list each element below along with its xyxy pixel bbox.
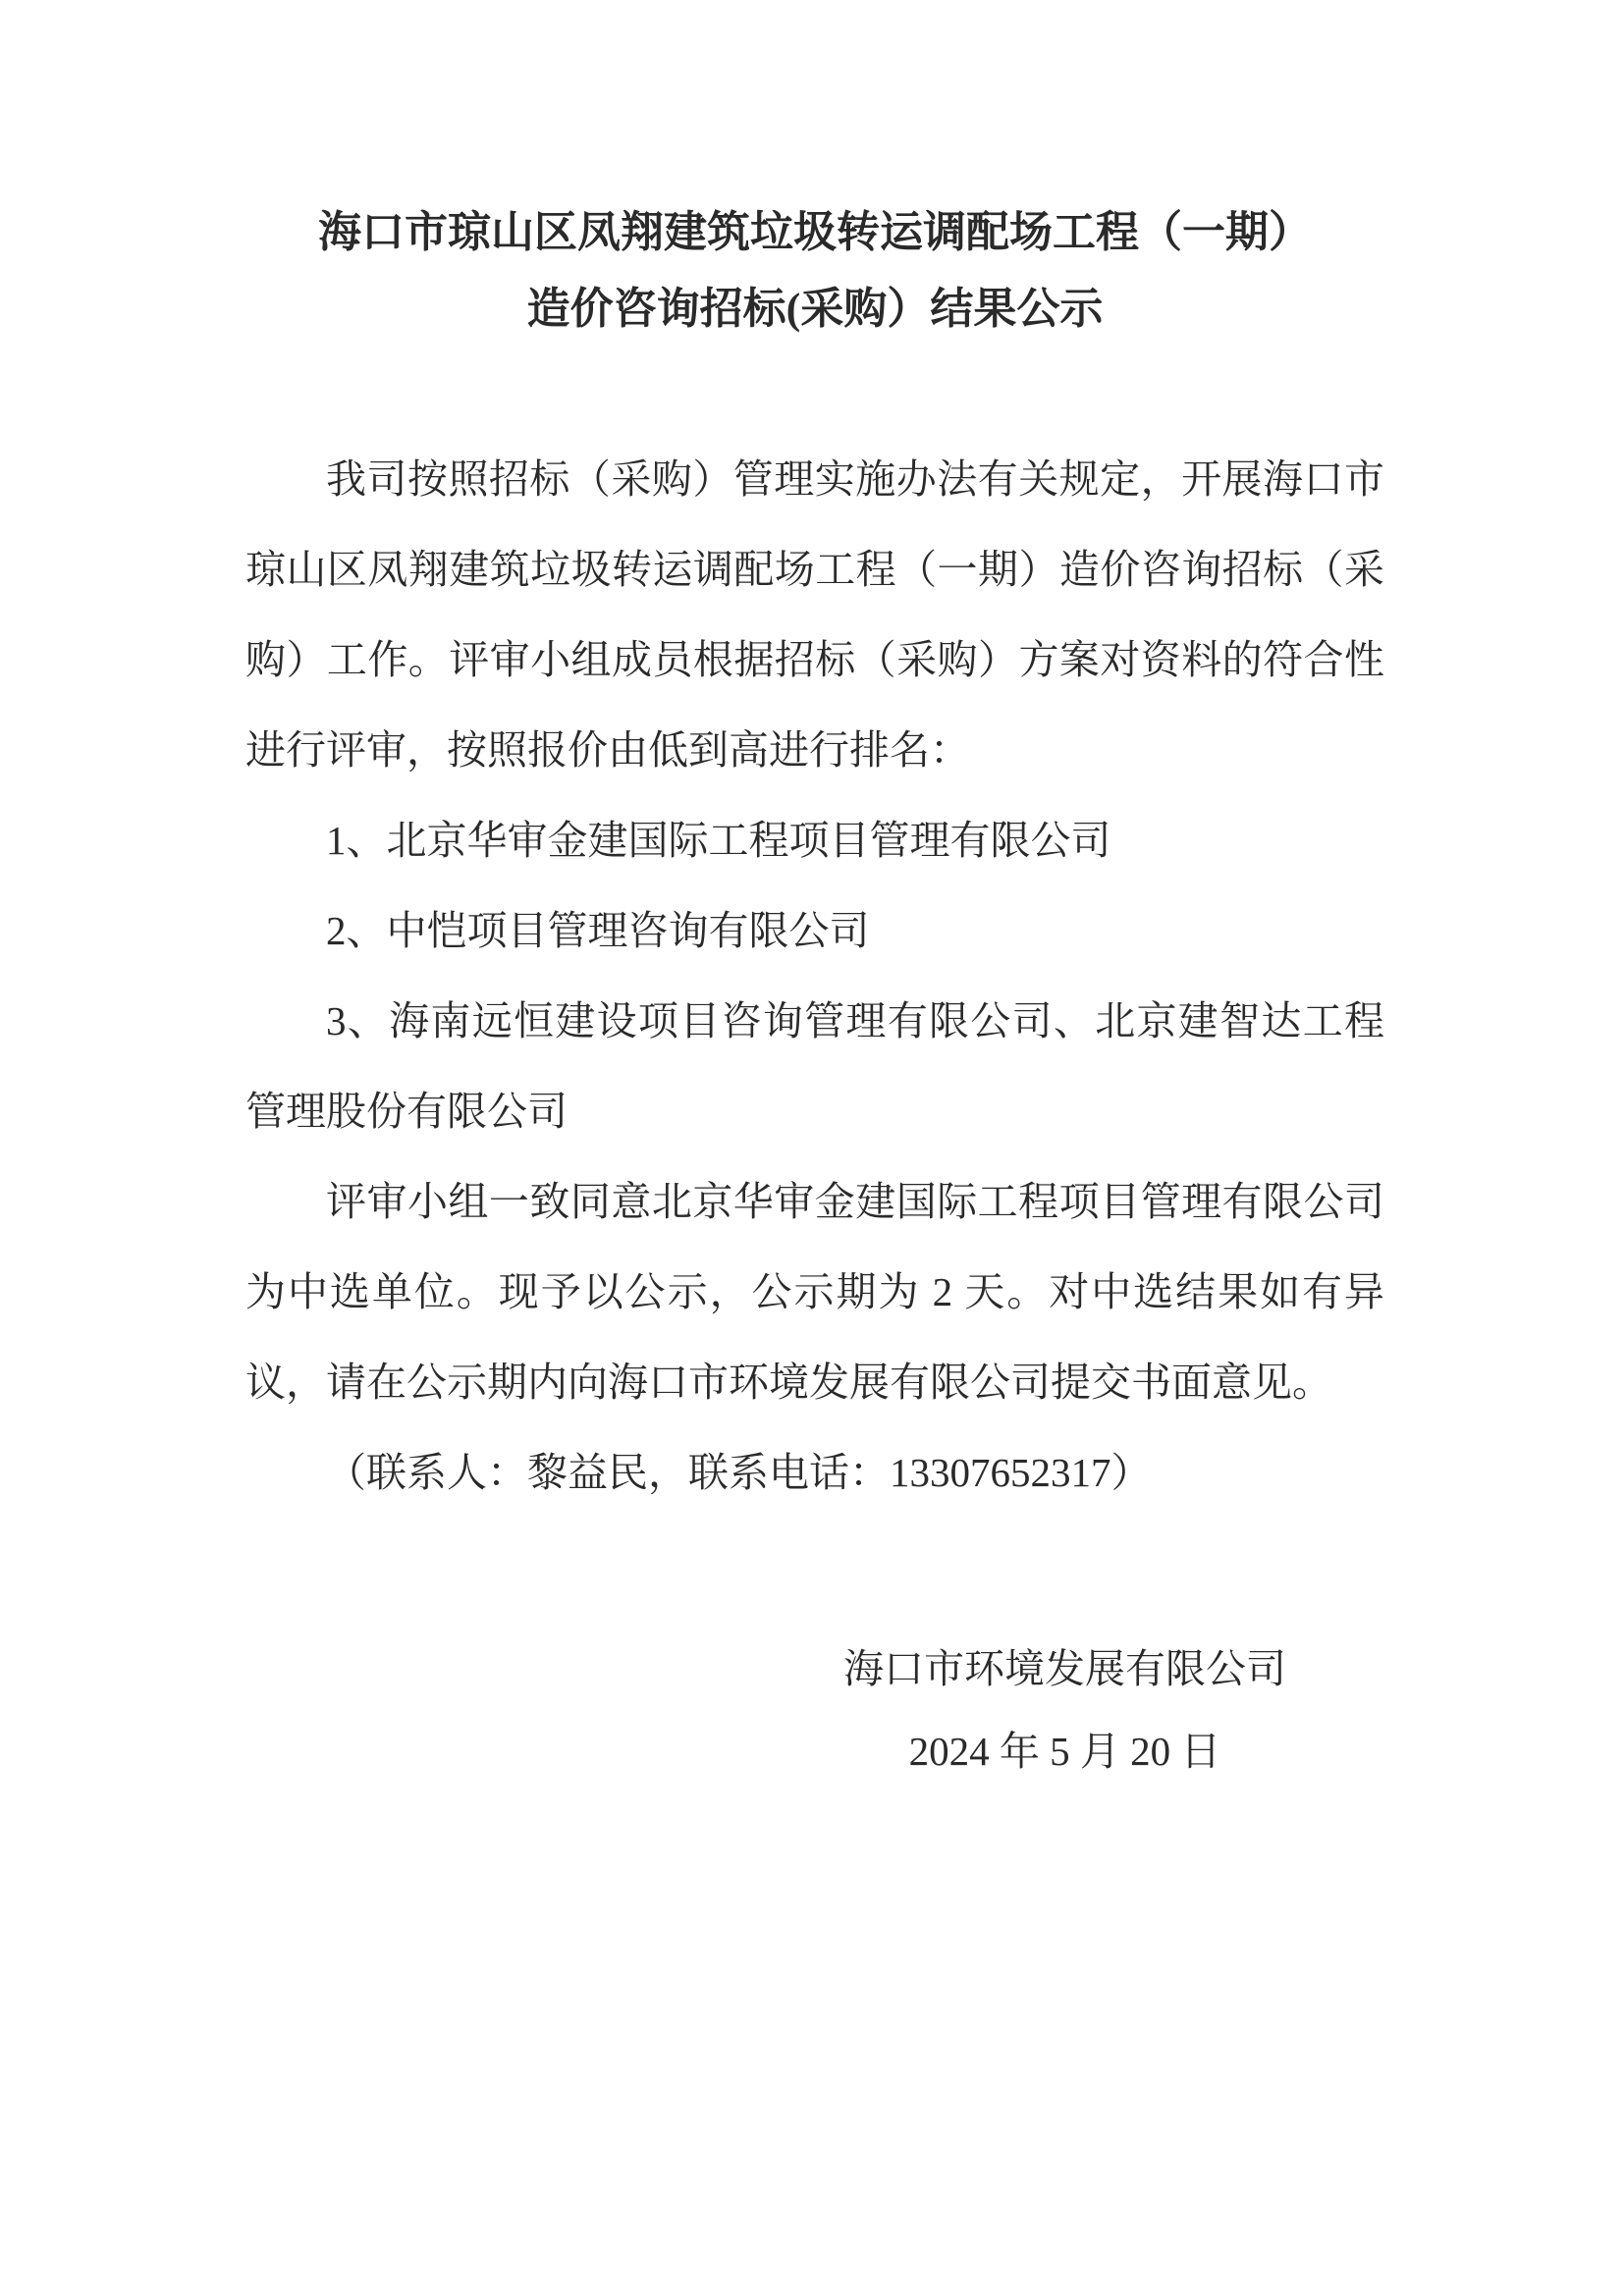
signature-date: 2024 年 5 月 20 日 — [843, 1710, 1286, 1792]
document-title-line-2: 造价咨询招标(采购）结果公示 — [245, 271, 1384, 347]
document-body: 我司按照招标（采购）管理实施办法有关规定，开展海口市琼山区凤翔建筑垃圾转运调配场… — [245, 434, 1384, 1518]
document-content: 海口市琼山区凤翔建筑垃圾转运调配场工程（一期） 造价咨询招标(采购）结果公示 我… — [245, 194, 1384, 1792]
document-title: 海口市琼山区凤翔建筑垃圾转运调配场工程（一期） 造价咨询招标(采购）结果公示 — [245, 194, 1384, 347]
document-page: 海口市琼山区凤翔建筑垃圾转运调配场工程（一期） 造价咨询招标(采购）结果公示 我… — [0, 0, 1624, 2296]
signature-block: 海口市环境发展有限公司 2024 年 5 月 20 日 — [245, 1628, 1384, 1792]
paragraph-contact: （联系人：黎益民，联系电话：13307652317） — [245, 1427, 1384, 1518]
paragraph-result: 评审小组一致同意北京华审金建国际工程项目管理有限公司为中选单位。现予以公示，公示… — [245, 1156, 1384, 1427]
signature-company: 海口市环境发展有限公司 — [843, 1628, 1286, 1710]
list-item-rank-1: 1、北京华审金建国际工程项目管理有限公司 — [245, 795, 1384, 885]
document-title-line-1: 海口市琼山区凤翔建筑垃圾转运调配场工程（一期） — [245, 194, 1384, 271]
paragraph-intro: 我司按照招标（采购）管理实施办法有关规定，开展海口市琼山区凤翔建筑垃圾转运调配场… — [245, 434, 1384, 795]
signature-inner: 海口市环境发展有限公司 2024 年 5 月 20 日 — [843, 1628, 1286, 1792]
list-item-rank-3: 3、海南远恒建设项目咨询管理有限公司、北京建智达工程管理股份有限公司 — [245, 976, 1384, 1156]
list-item-rank-2: 2、中恺项目管理咨询有限公司 — [245, 885, 1384, 976]
